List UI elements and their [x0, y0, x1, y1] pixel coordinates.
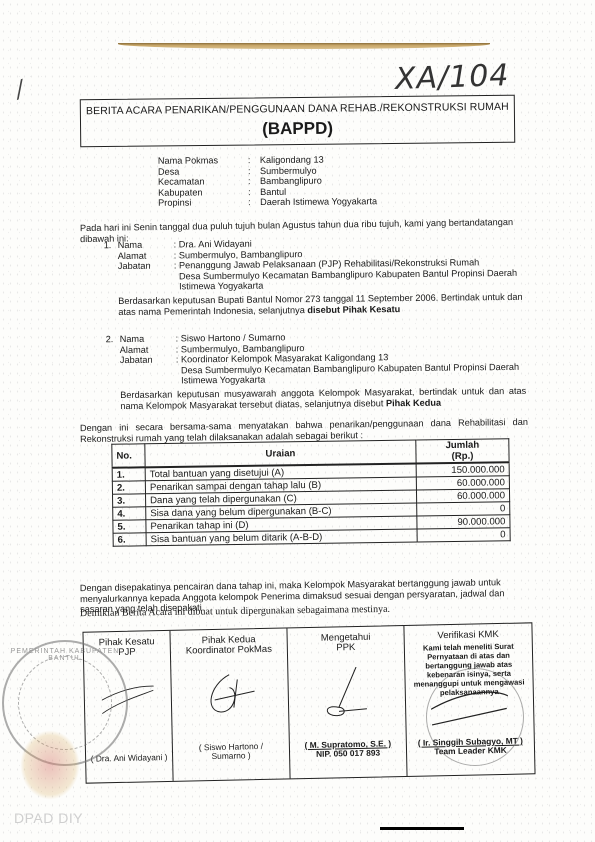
party1-basis: Berdasarkan keputusan Bupati Bantul Nomo…: [118, 292, 524, 317]
signatory-name: ( M. Supratomo, S.E. )NIP. 050 017 893: [290, 739, 406, 761]
document-title: BERITA ACARA PENARIKAN/PENGGUNAAN DANA R…: [81, 101, 514, 118]
cell-no: 5.: [113, 520, 146, 533]
party-2: 2.Nama: Siswo Hartono / Sumarno Alamat: …: [106, 330, 527, 412]
document-title-box: BERITA ACARA PENARIKAN/PENGGUNAAN DANA R…: [80, 95, 515, 148]
cell-no: 1.: [112, 467, 145, 481]
cell-amount: 60.000.000: [416, 489, 509, 503]
col-no: No.: [112, 444, 145, 468]
cell-no: 3.: [113, 494, 146, 507]
handwritten-reference: XA/104: [394, 58, 510, 97]
cell-description: Sisa bantuan yang belum ditarik (A-B-D): [146, 529, 417, 546]
closing-statement: Demikian Berita Acara ini dibuat untuk d…: [80, 605, 390, 620]
scan-edge-band: [118, 43, 490, 49]
cell-no: 6.: [113, 533, 146, 546]
signatory-name: ( Siswo Hartono /Sumarno ): [173, 741, 289, 763]
signature-scribble: [311, 666, 382, 717]
cell-no: 2.: [112, 481, 145, 494]
regency-emblem: [20, 730, 80, 800]
cell-amount: 60.000.000: [416, 476, 509, 490]
footer-bar: [380, 827, 464, 830]
cell-amount: 150.000.000: [416, 462, 509, 477]
cell-amount: 0: [417, 528, 510, 542]
party-1: 1.Nama: Dra. Ani Widayani Alamat: Sumber…: [104, 236, 525, 318]
funds-table: No. Uraian Jumlah(Rp.) 1.Total bantuan y…: [111, 438, 510, 547]
party2-basis: Berdasarkan keputusan musyawarah anggota…: [120, 386, 526, 411]
document-abbreviation: (BAPPD): [81, 117, 514, 142]
col-amount: Jumlah(Rp.): [416, 439, 509, 464]
watermark: DPAD DIY: [14, 810, 83, 826]
handwritten-corner-mark: ⁄: [13, 76, 26, 104]
info-row-propinsi: Propinsi:Daerah Istimewa Yogyakarta: [158, 196, 377, 208]
cell-amount: 90.000.000: [417, 515, 510, 529]
group-info: Nama Pokmas:Kaligondang 13 Desa:Sumbermu…: [158, 154, 377, 208]
signature-ppk: MengetahuiPPK ( M. Supratomo, S.E. )NIP.…: [287, 626, 407, 778]
kmk-stamp: [426, 668, 524, 766]
signature-scribble: [194, 669, 265, 720]
cell-amount: 0: [417, 502, 510, 516]
signature-pihak-kedua: Pihak KeduaKoordinator PokMas ( Siswo Ha…: [170, 628, 290, 780]
cell-no: 4.: [113, 507, 146, 520]
